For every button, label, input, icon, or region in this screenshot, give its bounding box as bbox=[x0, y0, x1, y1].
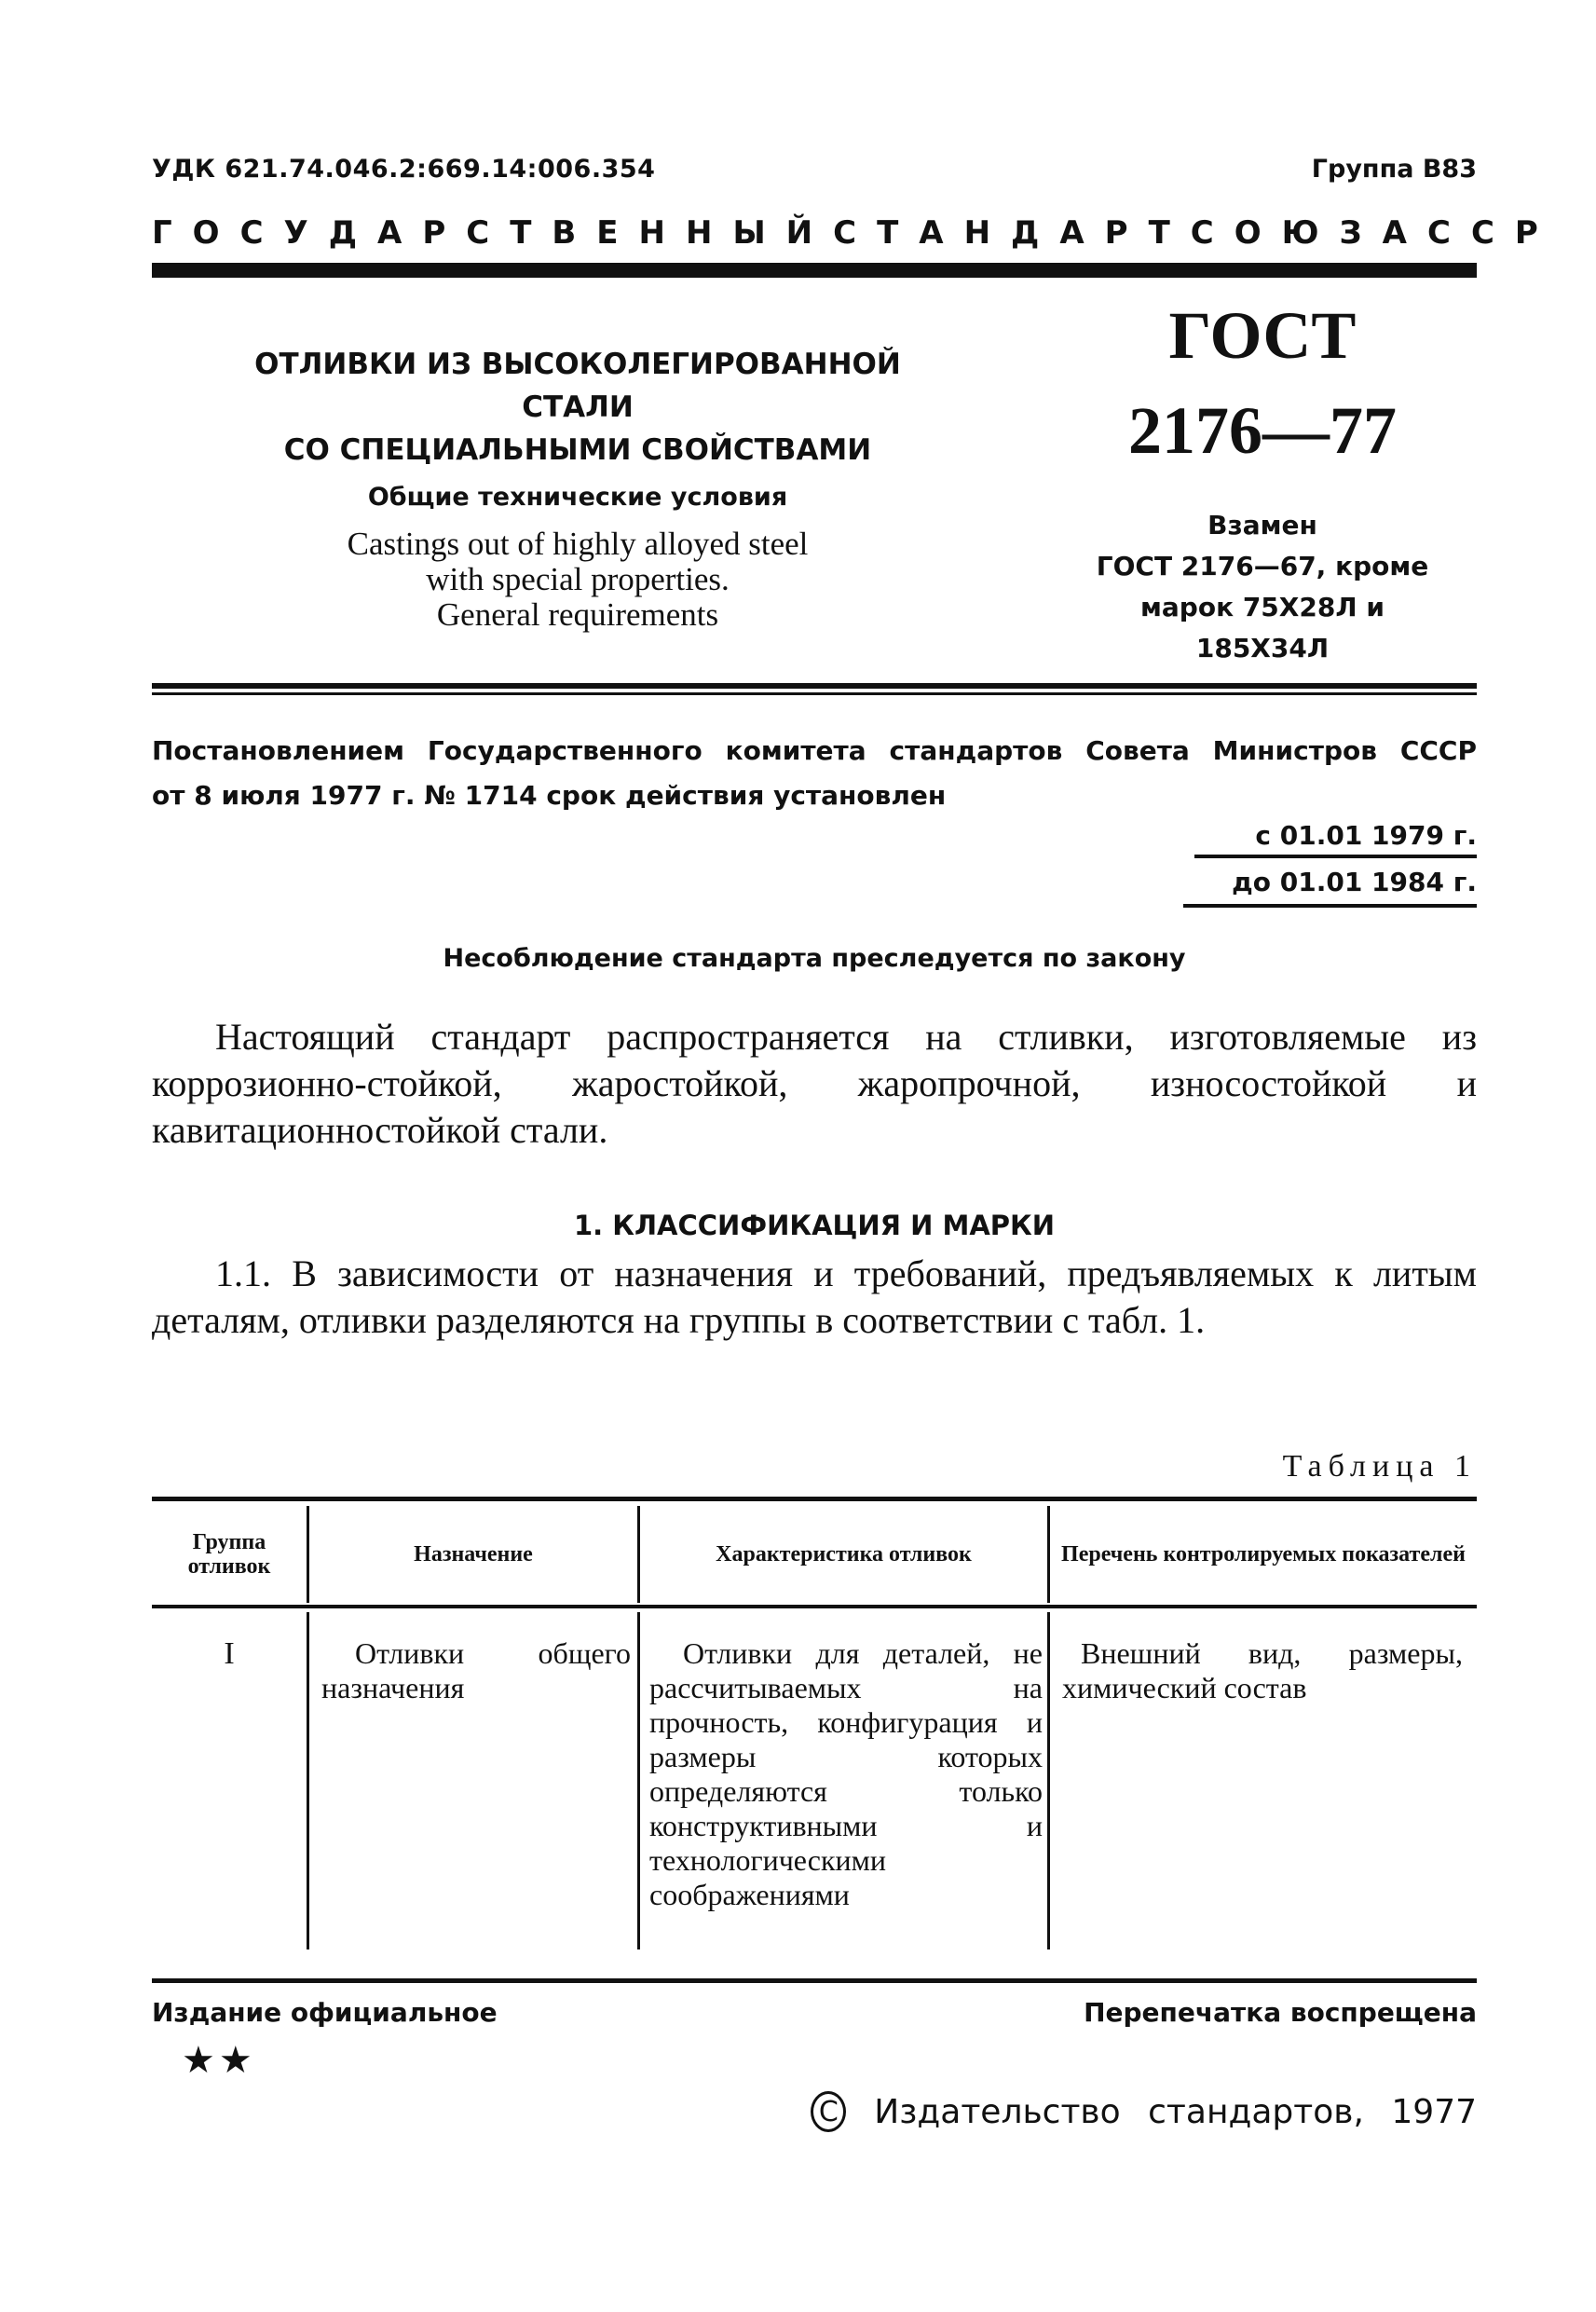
header-word-union: СОЮЗА bbox=[1191, 214, 1427, 252]
state-standard-header: ГОСУДАРСТВЕННЫЙ СТАНДАРТ СОЮЗА ССР bbox=[152, 214, 1477, 252]
table-column-divider bbox=[637, 1506, 640, 1603]
column-header-characteristic: Характеристика отливок bbox=[640, 1506, 1047, 1603]
paragraph-1-1: 1.1. В зависимости от назначения и требо… bbox=[152, 1251, 1477, 1344]
header-word-standard: СТАНДАРТ bbox=[833, 214, 1191, 252]
effective-date-to: до 01.01 1984 г. bbox=[1232, 867, 1477, 897]
copyright-line: C Издательство стандартов, 1977 bbox=[811, 2091, 1477, 2132]
gost-number: 2176—77 bbox=[1053, 393, 1472, 468]
reprint-prohibited-label: Перепечатка воспрещена bbox=[1084, 1997, 1477, 2028]
table-caption: Таблица 1 bbox=[1283, 1449, 1477, 1484]
title-ru-line-2: СО СПЕЦИАЛЬНЫМИ СВОЙСТВАМИ bbox=[214, 429, 941, 472]
header-word-ussr: ССР bbox=[1427, 214, 1559, 252]
table-column-divider bbox=[307, 1506, 309, 1603]
replaces-note: Взамен ГОСТ 2176—67, кроме марок 75Х28Л … bbox=[1053, 505, 1472, 669]
table-column-divider bbox=[307, 1612, 309, 1949]
cell-characteristic: Отливки для деталей, не рассчитываемых н… bbox=[649, 1636, 1043, 1912]
replaces-line-1: Взамен bbox=[1053, 505, 1472, 546]
title-separator-rule-thin bbox=[152, 692, 1477, 695]
header-thick-rule bbox=[152, 263, 1477, 278]
replaces-line-3: марок 75Х28Л и bbox=[1053, 587, 1472, 628]
official-edition-label: Издание официальное bbox=[152, 1997, 498, 2028]
document-title-block: ОТЛИВКИ ИЗ ВЫСОКОЛЕГИРОВАННОЙ СТАЛИ СО С… bbox=[214, 343, 941, 633]
title-en-line-3: General requirements bbox=[214, 597, 941, 633]
title-separator-rule bbox=[152, 683, 1477, 689]
header-word-state: ГОСУДАРСТВЕННЫЙ bbox=[152, 214, 833, 252]
cell-indicators: Внешний вид, размеры, химический состав bbox=[1062, 1636, 1463, 1705]
gost-block: ГОСТ 2176—77 Взамен ГОСТ 2176—67, кроме … bbox=[1053, 298, 1472, 669]
title-en: Castings out of highly alloyed steel wit… bbox=[214, 527, 941, 633]
column-header-purpose: Назначение bbox=[309, 1506, 637, 1603]
cell-purpose-text: Отливки общего назначения bbox=[321, 1636, 631, 1704]
paragraph-1-1-text: 1.1. В зависимости от назначения и требо… bbox=[152, 1252, 1477, 1341]
column-header-indicators: Перечень контролируемых показателей bbox=[1050, 1506, 1477, 1603]
cell-group: I bbox=[152, 1636, 307, 1671]
table-header-rule bbox=[152, 1605, 1477, 1608]
effective-date-from: с 01.01 1979 г. bbox=[1255, 820, 1477, 851]
cell-purpose: Отливки общего назначения bbox=[321, 1636, 631, 1705]
date-to-rule bbox=[1183, 904, 1477, 908]
cell-characteristic-text: Отливки для деталей, не рассчитываемых н… bbox=[649, 1636, 1043, 1911]
udk-code: УДК 621.74.046.2:669.14:006.354 bbox=[152, 155, 655, 184]
intro-paragraph-text: Настоящий стандарт распространяется на с… bbox=[152, 1016, 1477, 1151]
legal-notice: Несоблюдение стандарта преследуется по з… bbox=[152, 944, 1477, 973]
decree-text: Постановлением Государственного комитета… bbox=[152, 729, 1477, 818]
intro-paragraph: Настоящий стандарт распространяется на с… bbox=[152, 1014, 1477, 1154]
table-column-divider bbox=[1047, 1612, 1050, 1949]
decree-line-1: Постановлением Государственного комитета… bbox=[152, 729, 1477, 773]
subtitle-ru: Общие технические условия bbox=[214, 483, 941, 512]
replaces-line-2: ГОСТ 2176—67, кроме bbox=[1053, 546, 1472, 587]
table-column-divider bbox=[1047, 1506, 1050, 1603]
table-top-rule bbox=[152, 1497, 1477, 1501]
table-column-divider bbox=[637, 1612, 640, 1949]
copyright-icon: C bbox=[811, 2091, 846, 2132]
classification-group: Группа В83 bbox=[1312, 155, 1477, 184]
gost-label: ГОСТ bbox=[1053, 298, 1472, 373]
title-en-line-2: with special properties. bbox=[214, 562, 941, 597]
cell-indicators-text: Внешний вид, размеры, химический состав bbox=[1062, 1636, 1463, 1704]
copyright-text: Издательство стандартов, 1977 bbox=[874, 2093, 1477, 2131]
column-header-group: Группа отливок bbox=[152, 1506, 307, 1603]
title-ru: ОТЛИВКИ ИЗ ВЫСОКОЛЕГИРОВАННОЙ СТАЛИ СО С… bbox=[214, 343, 941, 472]
title-en-line-1: Castings out of highly alloyed steel bbox=[214, 527, 941, 562]
footer-rule bbox=[152, 1978, 1477, 1983]
star-icon: ★★ bbox=[182, 2039, 256, 2082]
section-heading: 1. КЛАССИФИКАЦИЯ И МАРКИ bbox=[152, 1210, 1477, 1241]
date-from-rule bbox=[1194, 855, 1477, 858]
title-ru-line-1: ОТЛИВКИ ИЗ ВЫСОКОЛЕГИРОВАННОЙ СТАЛИ bbox=[214, 343, 941, 429]
decree-line-2: от 8 июля 1977 г. № 1714 срок действия у… bbox=[152, 773, 1477, 818]
replaces-line-4: 185Х34Л bbox=[1053, 628, 1472, 669]
